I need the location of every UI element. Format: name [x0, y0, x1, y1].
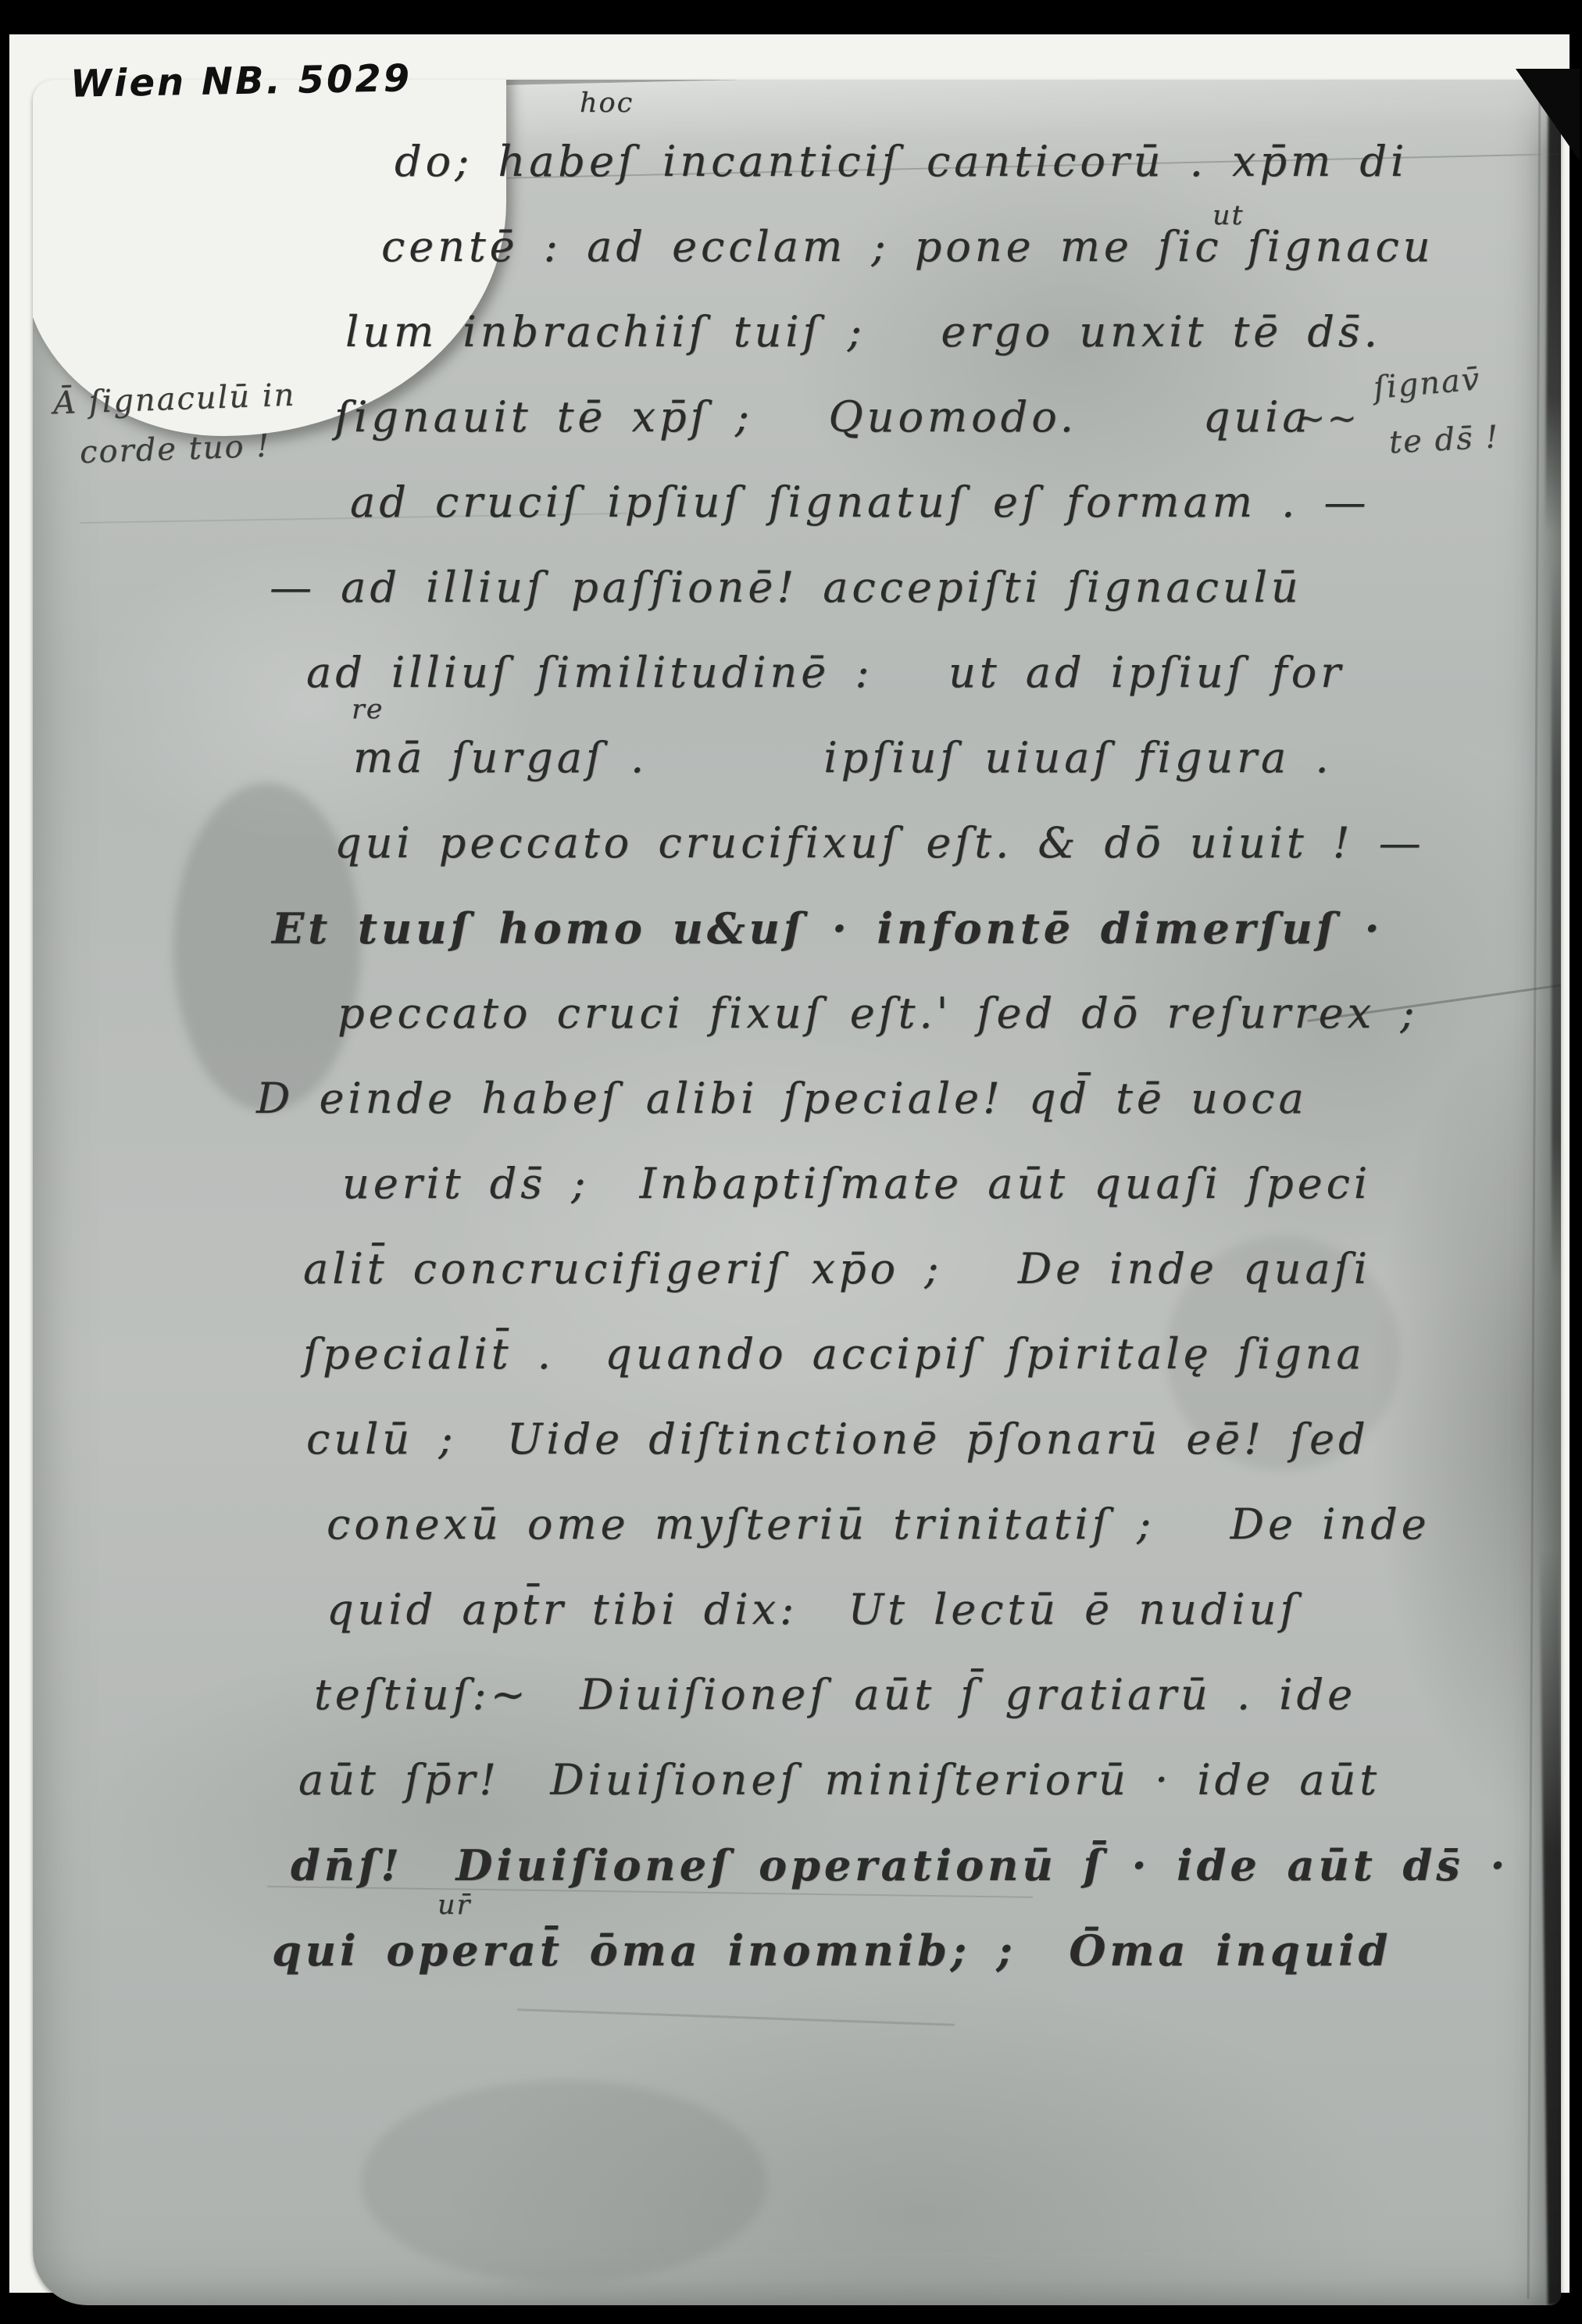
text-line: culū ; Uide diſtinctionē p̄ſonarū eē! ſe…	[306, 1418, 1370, 1461]
text-line: aūt ſp̄r! Diuiſioneſ miniſteriorū · ide …	[298, 1759, 1380, 1801]
text-line: ſignauit tē xp̄ſ ; Quomodo. quia	[334, 396, 1312, 438]
stain	[361, 2080, 767, 2283]
text-line: centē : ad ecclam ; pone me ſic ſignacu	[381, 226, 1434, 268]
text-line: ſpecialit̄ . quando accipiſ ſpiritalę ſi…	[303, 1333, 1366, 1375]
text-line: do; habeſ incanticiſ canticorū . xp̄m di	[395, 141, 1408, 183]
text-line: teſtiuſ:~ Diuiſioneſ aūt ſ̄ gratiarū . i…	[314, 1674, 1356, 1716]
text-line: — ad illiuſ paſſionē! accepiſti ſignacul…	[270, 567, 1302, 609]
text-line: ad cruciſ ipſiuſ ſignatuſ eſ formam . —	[350, 481, 1370, 524]
text-line: uerit ds̄ ; Inbaptiſmate aūt quaſi ſpeci	[342, 1163, 1371, 1205]
right-margin-note-line-2: te ds̄ !	[1388, 419, 1501, 460]
binding-streak	[1545, 80, 1561, 533]
binding-streak	[1540, 1549, 1561, 2305]
text-line: Et tuuſ homo u&uſ · infontē dimerſuſ ·	[272, 907, 1383, 949]
shelfmark-annotation: Wien NB. 5029	[70, 56, 412, 106]
interlinear-gloss: hoc	[580, 88, 634, 119]
text-line: alit̄ concrucifigeriſ xp̄o ; De inde qua…	[303, 1248, 1371, 1290]
text-line: dn̄ſ! Diuiſioneſ operationū ſ̄ · ide aūt…	[291, 1844, 1509, 1886]
text-line: peccato cruci fixuſ eſt.' ſed dō reſurre…	[337, 992, 1418, 1035]
text-line: lum inbrachiiſ tuiſ ; ergo unxit tē ds̄.	[345, 311, 1381, 353]
crease-line	[1527, 88, 1541, 2299]
text-line: D einde habeſ alibi ſpeciale! qd̄ tē uoc…	[256, 1078, 1308, 1120]
interlinear-gloss: re	[352, 694, 384, 725]
crease-line	[517, 2008, 955, 2026]
text-line: quid apt̄r tibi dix: Ut lectū ē nudiuſ	[327, 1589, 1299, 1631]
left-margin-note-line-2: corde tuo !	[79, 428, 271, 470]
text-line: mā ſurgaſ . ipſiuſ uiuaſ figura .	[353, 737, 1333, 779]
interlinear-gloss: ur̄	[437, 1890, 471, 1921]
binding-streak	[1552, 564, 1561, 1283]
text-line: qui operat̄ ōma inomnib; ; Ōma inquid	[272, 1929, 1391, 1972]
text-line: conexū ome myſteriū trinitatiſ ; De inde	[327, 1503, 1430, 1546]
text-line: qui peccato crucifixuſ eſt. & dō uiuit !…	[334, 822, 1425, 864]
text-line: ad illiuſ ſimilitudinē : ut ad ipſiuſ fo…	[306, 652, 1345, 694]
